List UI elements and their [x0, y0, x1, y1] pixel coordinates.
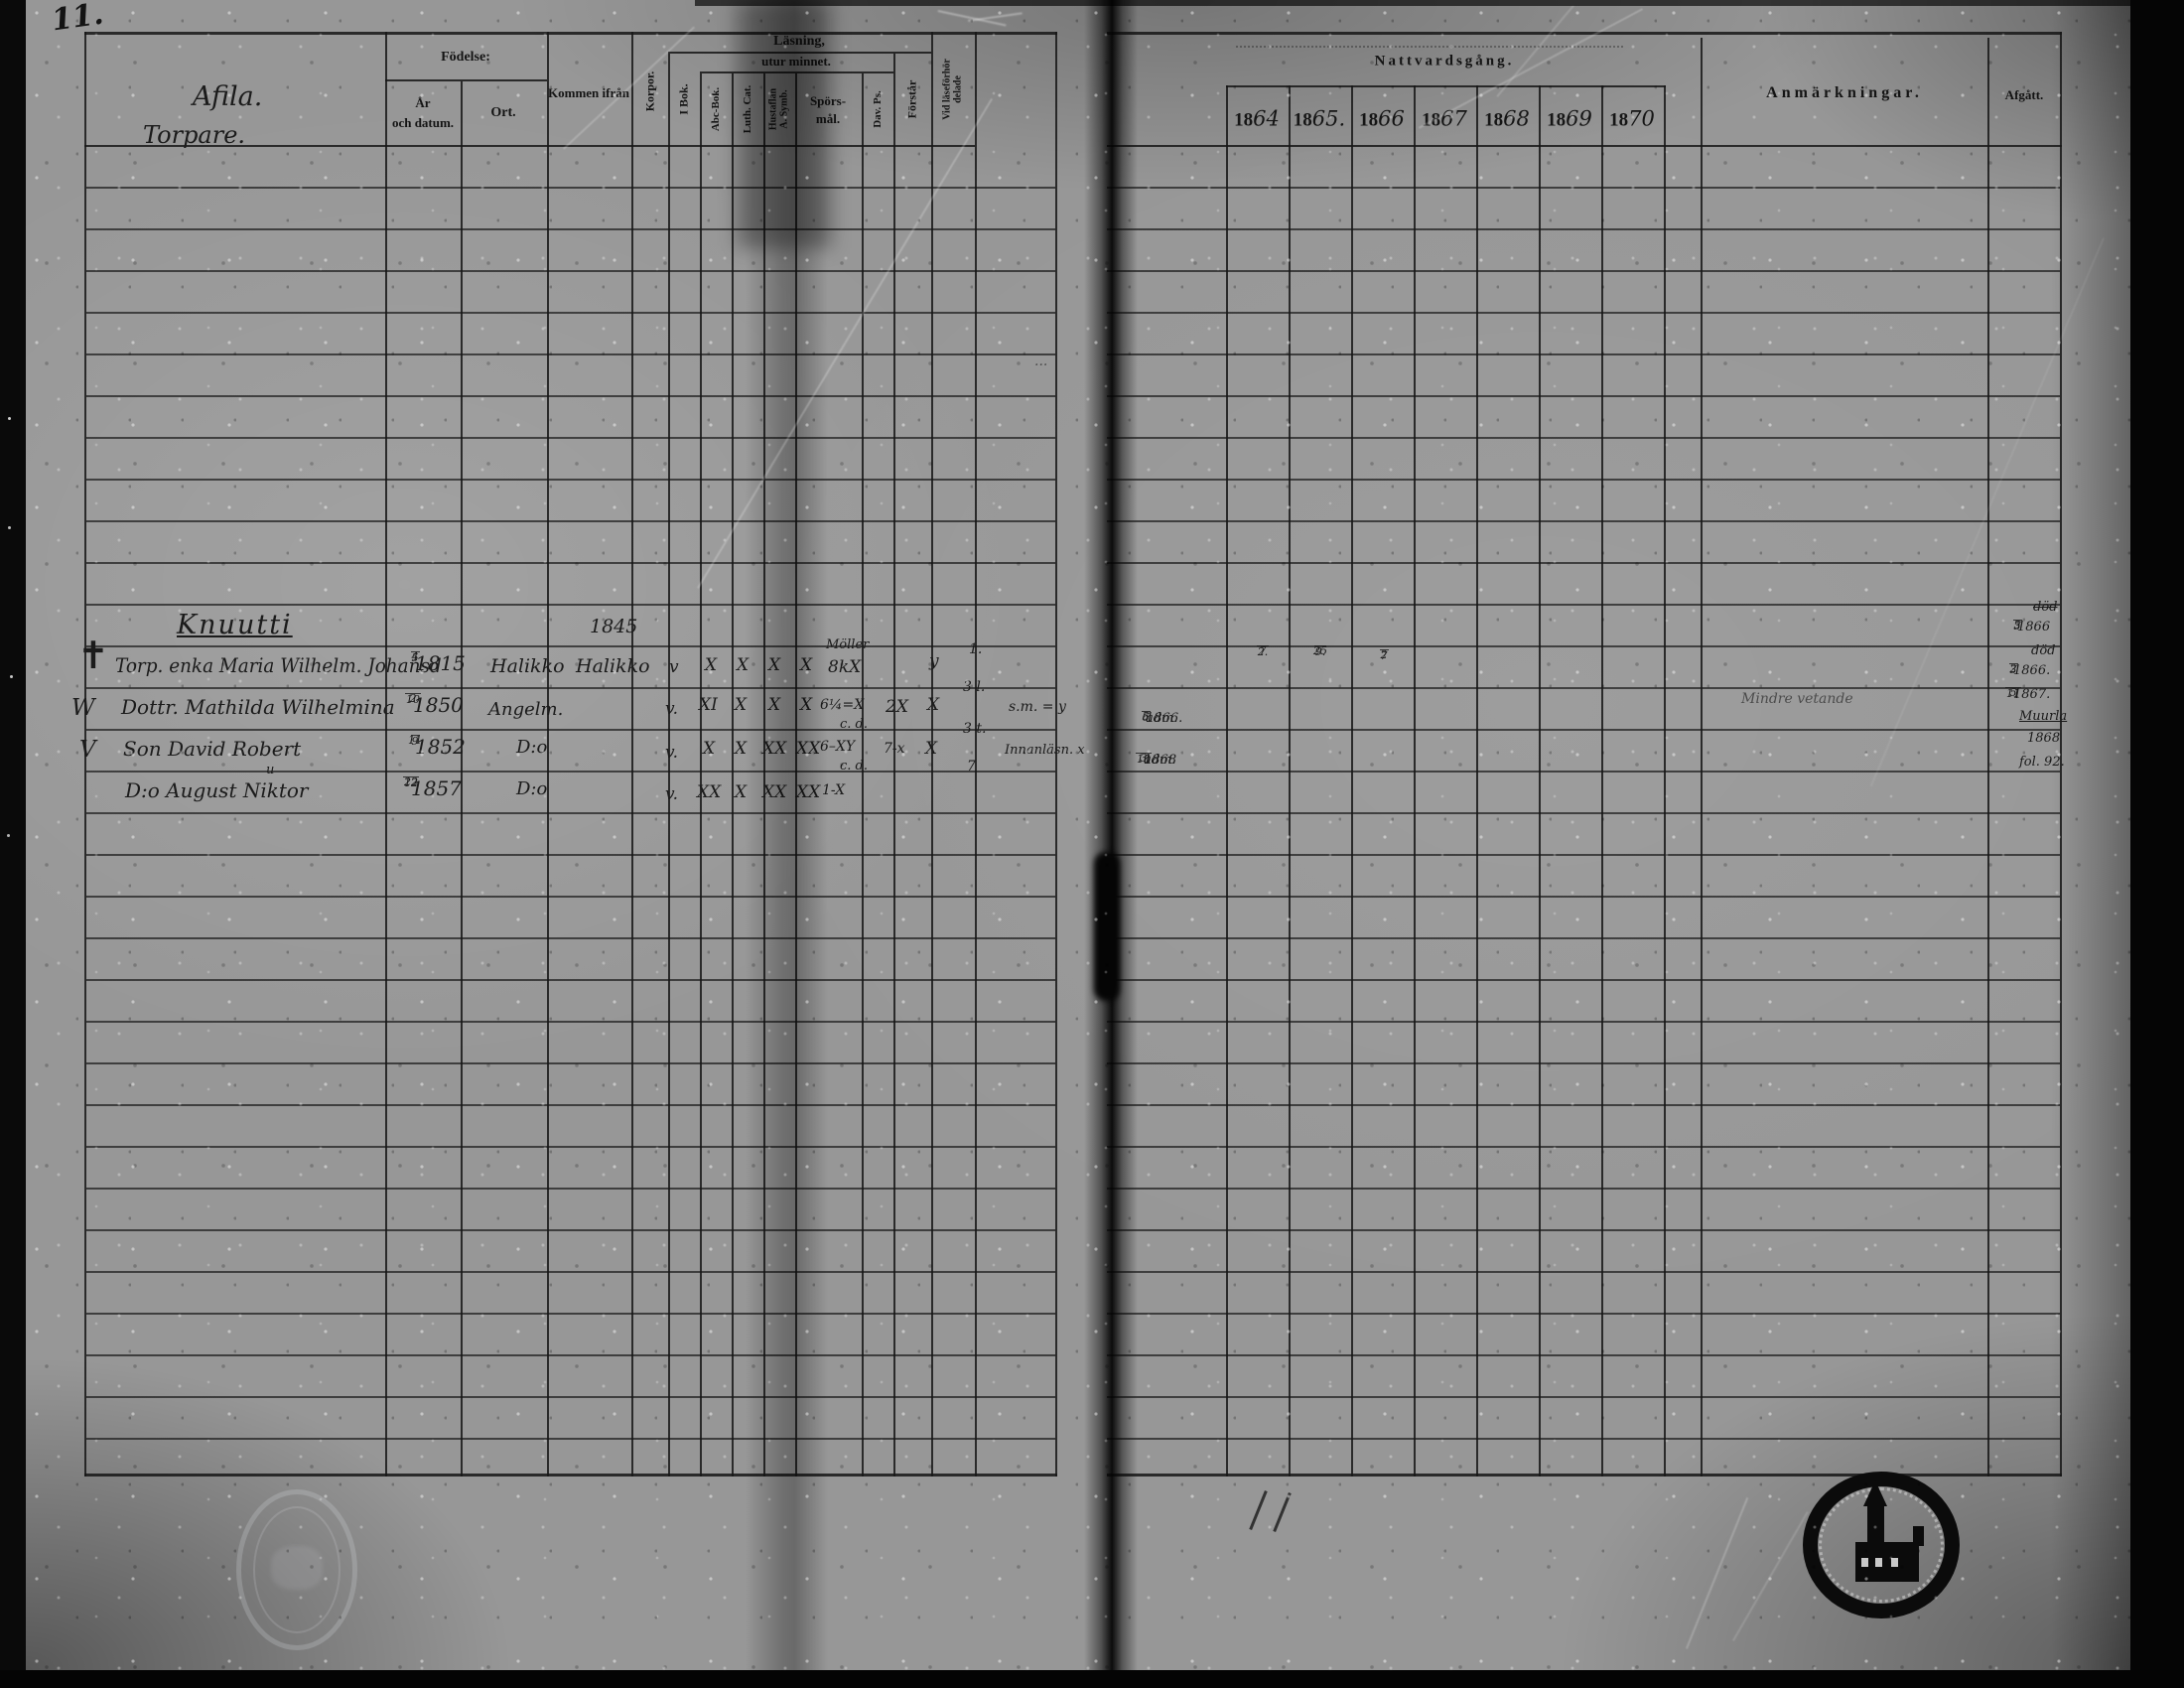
- sporsmal-mark: 6–XY: [820, 739, 855, 755]
- column-divider: [1226, 85, 1228, 1477]
- church-window-icon: [1875, 1558, 1882, 1567]
- year-column-1869: 1869: [1547, 107, 1592, 132]
- afgatt-moved-place: Muurla: [2019, 709, 2067, 724]
- column-divider: [1701, 38, 1703, 1477]
- entry-name: Dottr. Mathilda Wilhelmina: [121, 695, 395, 719]
- embossed-stamp-figure: [271, 1546, 323, 1590]
- afgatt-year: 1866.: [2013, 663, 2050, 678]
- vid-mark-bottom: 3 l.: [963, 679, 985, 695]
- family-group-heading: Knuutti: [177, 610, 293, 640]
- header-utur-minnet: utur minnet.: [761, 54, 831, 70]
- dav-ps-mark: 7-x: [884, 741, 905, 757]
- reading-mark-abc: X: [735, 739, 747, 759]
- reading-mark-hustaflan: X: [800, 655, 812, 675]
- right-page-table: Nattvardsgång. 1864 1865. 1866 1867 1868…: [1107, 32, 2062, 1477]
- fold-dark-blotch: [1094, 852, 1120, 1001]
- page-heading-village: Afila.: [193, 81, 262, 112]
- header-ar: År: [415, 95, 430, 111]
- column-divider: [385, 32, 387, 1477]
- reading-mark-i-bok: XI: [699, 695, 718, 715]
- header-korpor: Korpor.: [643, 71, 658, 112]
- year-column-1866: 1866: [1359, 107, 1405, 132]
- scanned-book-photo: Födelse: År och datum. Ort. Kommen ifrån…: [0, 0, 2184, 1688]
- margin-cross-mark: ✝: [77, 633, 109, 677]
- name-superscript: u: [266, 763, 274, 777]
- photo-edge-left: [0, 0, 26, 1688]
- sporsmal-sub-mark: c. d.: [840, 759, 868, 774]
- forstar-mark: X: [927, 695, 939, 715]
- entry-name: Torp. enka Maria Wilhelm. Johansd: [115, 653, 442, 677]
- photo-edge-top: [695, 0, 2130, 6]
- table-border-top: [1107, 32, 2062, 35]
- year-script-suffix: 68: [1503, 107, 1530, 131]
- came-from: Halikko: [576, 655, 650, 677]
- sporsmal-mark: 1-X: [822, 782, 845, 798]
- sporsmal-mark: 6¼=X: [820, 697, 864, 713]
- year-column-1867: 1867: [1422, 107, 1467, 132]
- parish-seal-stamp: [1803, 1472, 1960, 1618]
- header-i-bok: I Bok.: [677, 83, 692, 114]
- afgatt-struck-died: död: [2033, 600, 2057, 615]
- entry-name: Son David Robert: [123, 737, 301, 761]
- afgatt-year: 1867.: [2013, 687, 2050, 702]
- header-anmarkningar: Anmärkningar.: [1766, 84, 1923, 102]
- year-printed-prefix: 18: [1609, 110, 1628, 131]
- year-script-suffix: 65.: [1312, 107, 1345, 131]
- row-ruling: [1107, 147, 2060, 1474]
- year-script-suffix: 66: [1378, 107, 1405, 131]
- birth-year: 1852: [415, 735, 466, 759]
- afgatt-year: 1866: [2017, 620, 2050, 634]
- header-luth-cat: Luth. Cat.: [742, 85, 753, 134]
- film-crease: [1686, 1497, 1748, 1649]
- header-hustaflan-line1: Hustaflan: [768, 88, 779, 130]
- header-abc-bok: Abc-Bok.: [710, 87, 722, 131]
- birth-year: 1857: [411, 776, 462, 800]
- column-divider: [862, 73, 864, 1477]
- column-divider: [1539, 85, 1541, 1477]
- page-heading-household: Torpare.: [143, 121, 245, 149]
- film-crease: [1732, 1511, 1809, 1641]
- table-border-top: [84, 32, 1057, 35]
- adm-year: 1868: [1144, 753, 1176, 768]
- afgatt-year-entry: 1868: [2027, 731, 2060, 746]
- birthplace: D:o: [516, 737, 547, 758]
- year-column-1864: 1864: [1234, 107, 1280, 132]
- year-printed-prefix: 18: [1484, 110, 1503, 131]
- column-divider: [1601, 85, 1603, 1477]
- header-vid-line2: delade: [952, 75, 963, 103]
- fodelse-underline: [385, 79, 547, 81]
- korpor-mark: v.: [665, 699, 678, 719]
- year-column-1870: 1870: [1609, 107, 1655, 132]
- header-afgatt: Afgått.: [2005, 87, 2044, 103]
- column-divider: [700, 73, 702, 1477]
- margin-note: Innanläsn. x: [1005, 743, 1085, 758]
- header-fodelse: Födelse:: [441, 50, 490, 66]
- reading-mark-i-bok: XX: [697, 782, 721, 802]
- birth-year: 1815: [415, 651, 466, 675]
- edge-specks: [8, 417, 11, 420]
- photo-edge-bottom: [0, 1670, 2184, 1688]
- pen-strokes: [1273, 1492, 1292, 1532]
- reading-mark-luth: X: [768, 695, 780, 715]
- photo-edge-right: [2130, 0, 2184, 1688]
- header-kommen-ifran: Kommen ifrån: [548, 85, 629, 101]
- year-script-suffix: 64: [1253, 107, 1280, 131]
- pen-strokes: [1249, 1490, 1268, 1530]
- year-printed-prefix: 18: [1547, 110, 1566, 131]
- korpor-mark: v.: [665, 743, 678, 763]
- embossed-stamp: [236, 1489, 357, 1650]
- year-script-suffix: 67: [1440, 107, 1467, 131]
- reading-mark-i-bok: X: [703, 739, 715, 759]
- korpor-mark: v: [669, 657, 679, 677]
- column-divider: [1987, 38, 1989, 1477]
- birthplace: Angelm.: [488, 699, 563, 720]
- header-dav-ps: Dav. Ps.: [872, 90, 884, 128]
- church-window-icon: [1861, 1558, 1868, 1567]
- forstar-mark: X: [925, 739, 937, 759]
- reading-mark-luth: XX: [762, 739, 786, 759]
- column-divider: [975, 32, 977, 1477]
- reading-mark-luth: X: [768, 655, 780, 675]
- came-from-year: 1845: [590, 616, 637, 637]
- church-side-tower-icon: [1913, 1526, 1924, 1546]
- margin-note: s.m. = y: [1009, 699, 1066, 715]
- header-sporsmal-line2: mål.: [816, 111, 840, 127]
- vid-mark-top: 1.: [969, 641, 982, 657]
- table-border-bottom: [84, 1474, 1057, 1477]
- margin-mark: W: [71, 695, 95, 721]
- vid-mark-bottom: 7: [967, 759, 976, 774]
- year-script-suffix: 69: [1566, 107, 1592, 131]
- column-divider: [1351, 85, 1353, 1477]
- vid-mark-bottom: 3 t.: [963, 721, 986, 737]
- header-lasning: Läsning,: [773, 34, 825, 50]
- adm-year: 1866.: [1146, 711, 1182, 726]
- header-vid-line1: Vid läseförhör: [942, 59, 953, 120]
- column-divider: [668, 54, 670, 1477]
- header-hustaflan: Hustaflan A. Symb.: [769, 88, 790, 130]
- reading-mark-luth: XX: [762, 782, 786, 802]
- church-window-icon: [1891, 1558, 1898, 1567]
- birthplace: Halikko: [490, 655, 565, 677]
- year-script-suffix: 70: [1628, 107, 1655, 131]
- column-divider: [1664, 85, 1666, 1477]
- reading-mark-abc: X: [735, 782, 747, 802]
- reading-mark-hustaflan: XX: [796, 739, 820, 759]
- year-printed-prefix: 18: [1359, 110, 1378, 131]
- column-divider: [893, 54, 895, 1477]
- year-column-1865: 1865.: [1294, 107, 1345, 132]
- column-divider: [763, 73, 765, 1477]
- margin-mark: V: [79, 737, 96, 763]
- year-column-1868: 1868: [1484, 107, 1530, 132]
- korpor-mark: v.: [665, 784, 678, 804]
- header-och-datum: och datum.: [392, 115, 454, 131]
- utur-minnet-underline: [700, 71, 893, 73]
- header-vid-laseforhor: Vid läseförhör delade: [943, 59, 964, 120]
- header-bottom-line: [1107, 145, 2062, 147]
- reading-mark-hustaflan: XX: [796, 782, 820, 802]
- birth-year: 1850: [413, 693, 464, 717]
- anmarkning-note: Mindre vetande: [1741, 691, 1853, 707]
- pencil-scribble: [938, 10, 1007, 27]
- header-hustaflan-line2: A. Symb.: [778, 89, 789, 128]
- faint-dotted-line: [1236, 46, 1623, 48]
- sporsmal-sub-mark: c. d.: [840, 717, 868, 732]
- birthplace: D:o: [516, 778, 547, 799]
- header-sporsmal-line1: Spörs-: [810, 93, 846, 109]
- column-divider: [795, 73, 797, 1477]
- sporsmal-mark: 8kX: [828, 657, 861, 677]
- years-underline: [1226, 85, 1666, 87]
- header-nattvardsgang: Nattvardsgång.: [1375, 54, 1515, 70]
- sporsmal-note-over: Möller: [826, 637, 869, 652]
- afgatt-folio-ref: fol. 92.: [2019, 755, 2065, 770]
- year-printed-prefix: 18: [1422, 110, 1440, 131]
- year-printed-prefix: 18: [1294, 110, 1312, 131]
- reading-mark-abc: X: [737, 655, 749, 675]
- row-ruling: [86, 147, 1055, 1474]
- column-divider: [1476, 85, 1478, 1477]
- table-border-bottom: [1107, 1474, 2062, 1477]
- column-divider: [1289, 85, 1291, 1477]
- entry-name: D:o August Niktor: [125, 778, 309, 802]
- afgatt-died-label: död: [2031, 643, 2055, 658]
- header-ort: Ort.: [490, 105, 515, 121]
- reading-mark-abc: X: [735, 695, 747, 715]
- header-forstar: Förstår: [905, 80, 920, 119]
- reading-mark-hustaflan: X: [800, 695, 812, 715]
- column-divider: [631, 32, 633, 1477]
- book-spread: Födelse: År och datum. Ort. Kommen ifrån…: [26, 0, 2130, 1670]
- reading-mark-i-bok: X: [705, 655, 717, 675]
- column-divider: [1414, 85, 1416, 1477]
- dav-ps-mark: 2X: [886, 697, 908, 717]
- year-printed-prefix: 18: [1234, 110, 1253, 131]
- forstar-mark: y: [929, 651, 939, 671]
- stray-marks: ...: [1034, 353, 1047, 369]
- column-divider: [732, 73, 734, 1477]
